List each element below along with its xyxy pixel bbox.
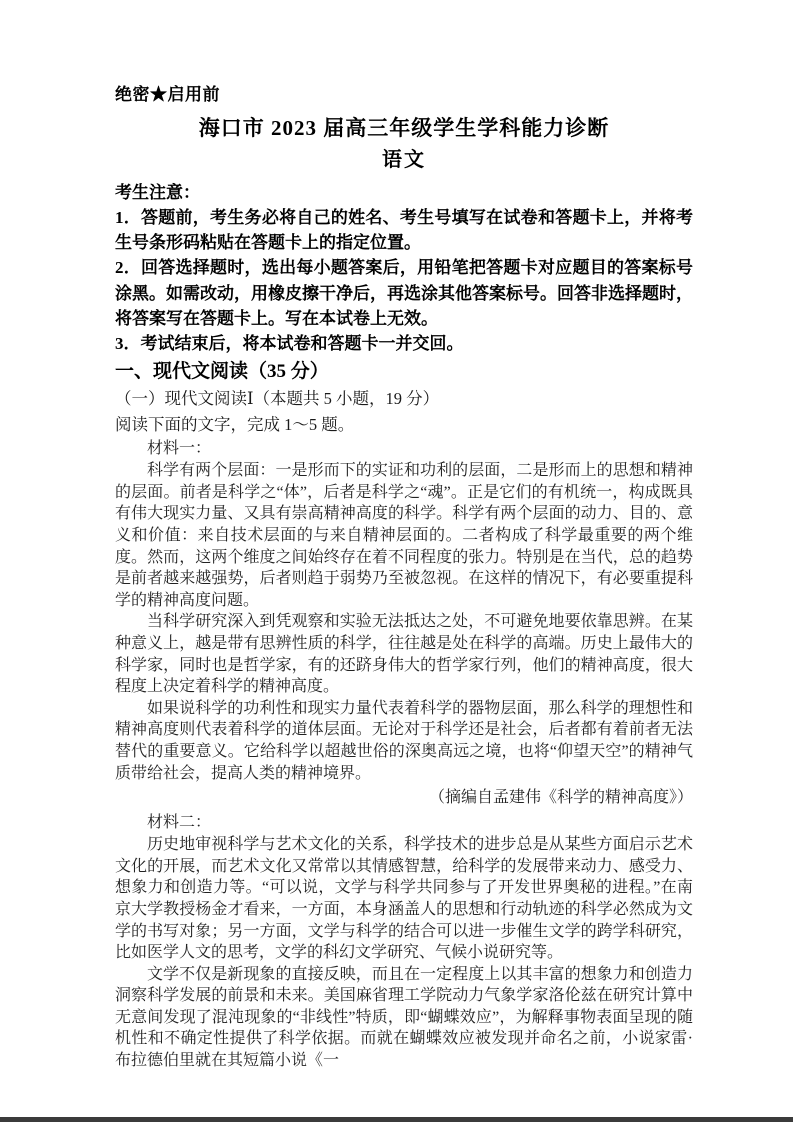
- exam-title: 海口市 2023 届高三年级学生学科能力诊断: [115, 112, 693, 144]
- material-one-paragraph-3: 如果说科学的功利性和现实力量代表着科学的器物层面，那么科学的理想性和精神高度则代…: [115, 698, 693, 784]
- subject-title: 语文: [115, 144, 693, 176]
- material-one-paragraph-1: 科学有两个层面：一是形而下的实证和功利的层面，二是形而上的思想和精神的层面。前者…: [115, 460, 693, 611]
- material-one-label: 材料一：: [115, 438, 693, 460]
- scan-bottom-edge: [0, 1117, 793, 1122]
- material-one-paragraph-2: 当科学研究深入到凭观察和实验无法抵达之处，不可避免地要依靠思辨。在某种意义上，越…: [115, 611, 693, 697]
- notice-heading: 考生注意：: [115, 180, 693, 205]
- notice-item-3: 3．考试结束后，将本试卷和答题卡一并交回。: [115, 331, 693, 356]
- material-two-label: 材料二：: [115, 812, 693, 834]
- page-content: 绝密★启用前 海口市 2023 届高三年级学生学科能力诊断 语文 考生注意： 1…: [115, 84, 693, 1072]
- notice-item-2: 2．回答选择题时，选出每小题答案后，用铅笔把答题卡对应题目的答案标号涂黑。如需改…: [115, 255, 693, 331]
- exam-paper-page: 绝密★启用前 海口市 2023 届高三年级学生学科能力诊断 语文 考生注意： 1…: [0, 0, 793, 1122]
- section-heading: 一、现代文阅读（35 分）: [115, 357, 693, 386]
- material-two-paragraph-2: 文学不仅是新现象的直接反映，而且在一定程度上以其丰富的想象力和创造力洞察科学发展…: [115, 964, 693, 1072]
- subsection-heading: （一）现代文阅读Ⅰ（本题共 5 小题，19 分）: [115, 386, 693, 412]
- notice-item-1: 1．答题前，考生务必将自己的姓名、考生号填写在试卷和答题卡上，并将考生号条形码粘…: [115, 205, 693, 255]
- reading-instruction: 阅读下面的文字，完成 1～5 题。: [115, 412, 693, 437]
- material-two-paragraph-1: 历史地审视科学与艺术文化的关系，科学技术的进步总是从某些方面启示艺术文化的开展，…: [115, 834, 693, 964]
- material-one-attribution: （摘编自孟建伟《科学的精神高度》）: [115, 787, 693, 809]
- secret-label: 绝密★启用前: [115, 84, 693, 106]
